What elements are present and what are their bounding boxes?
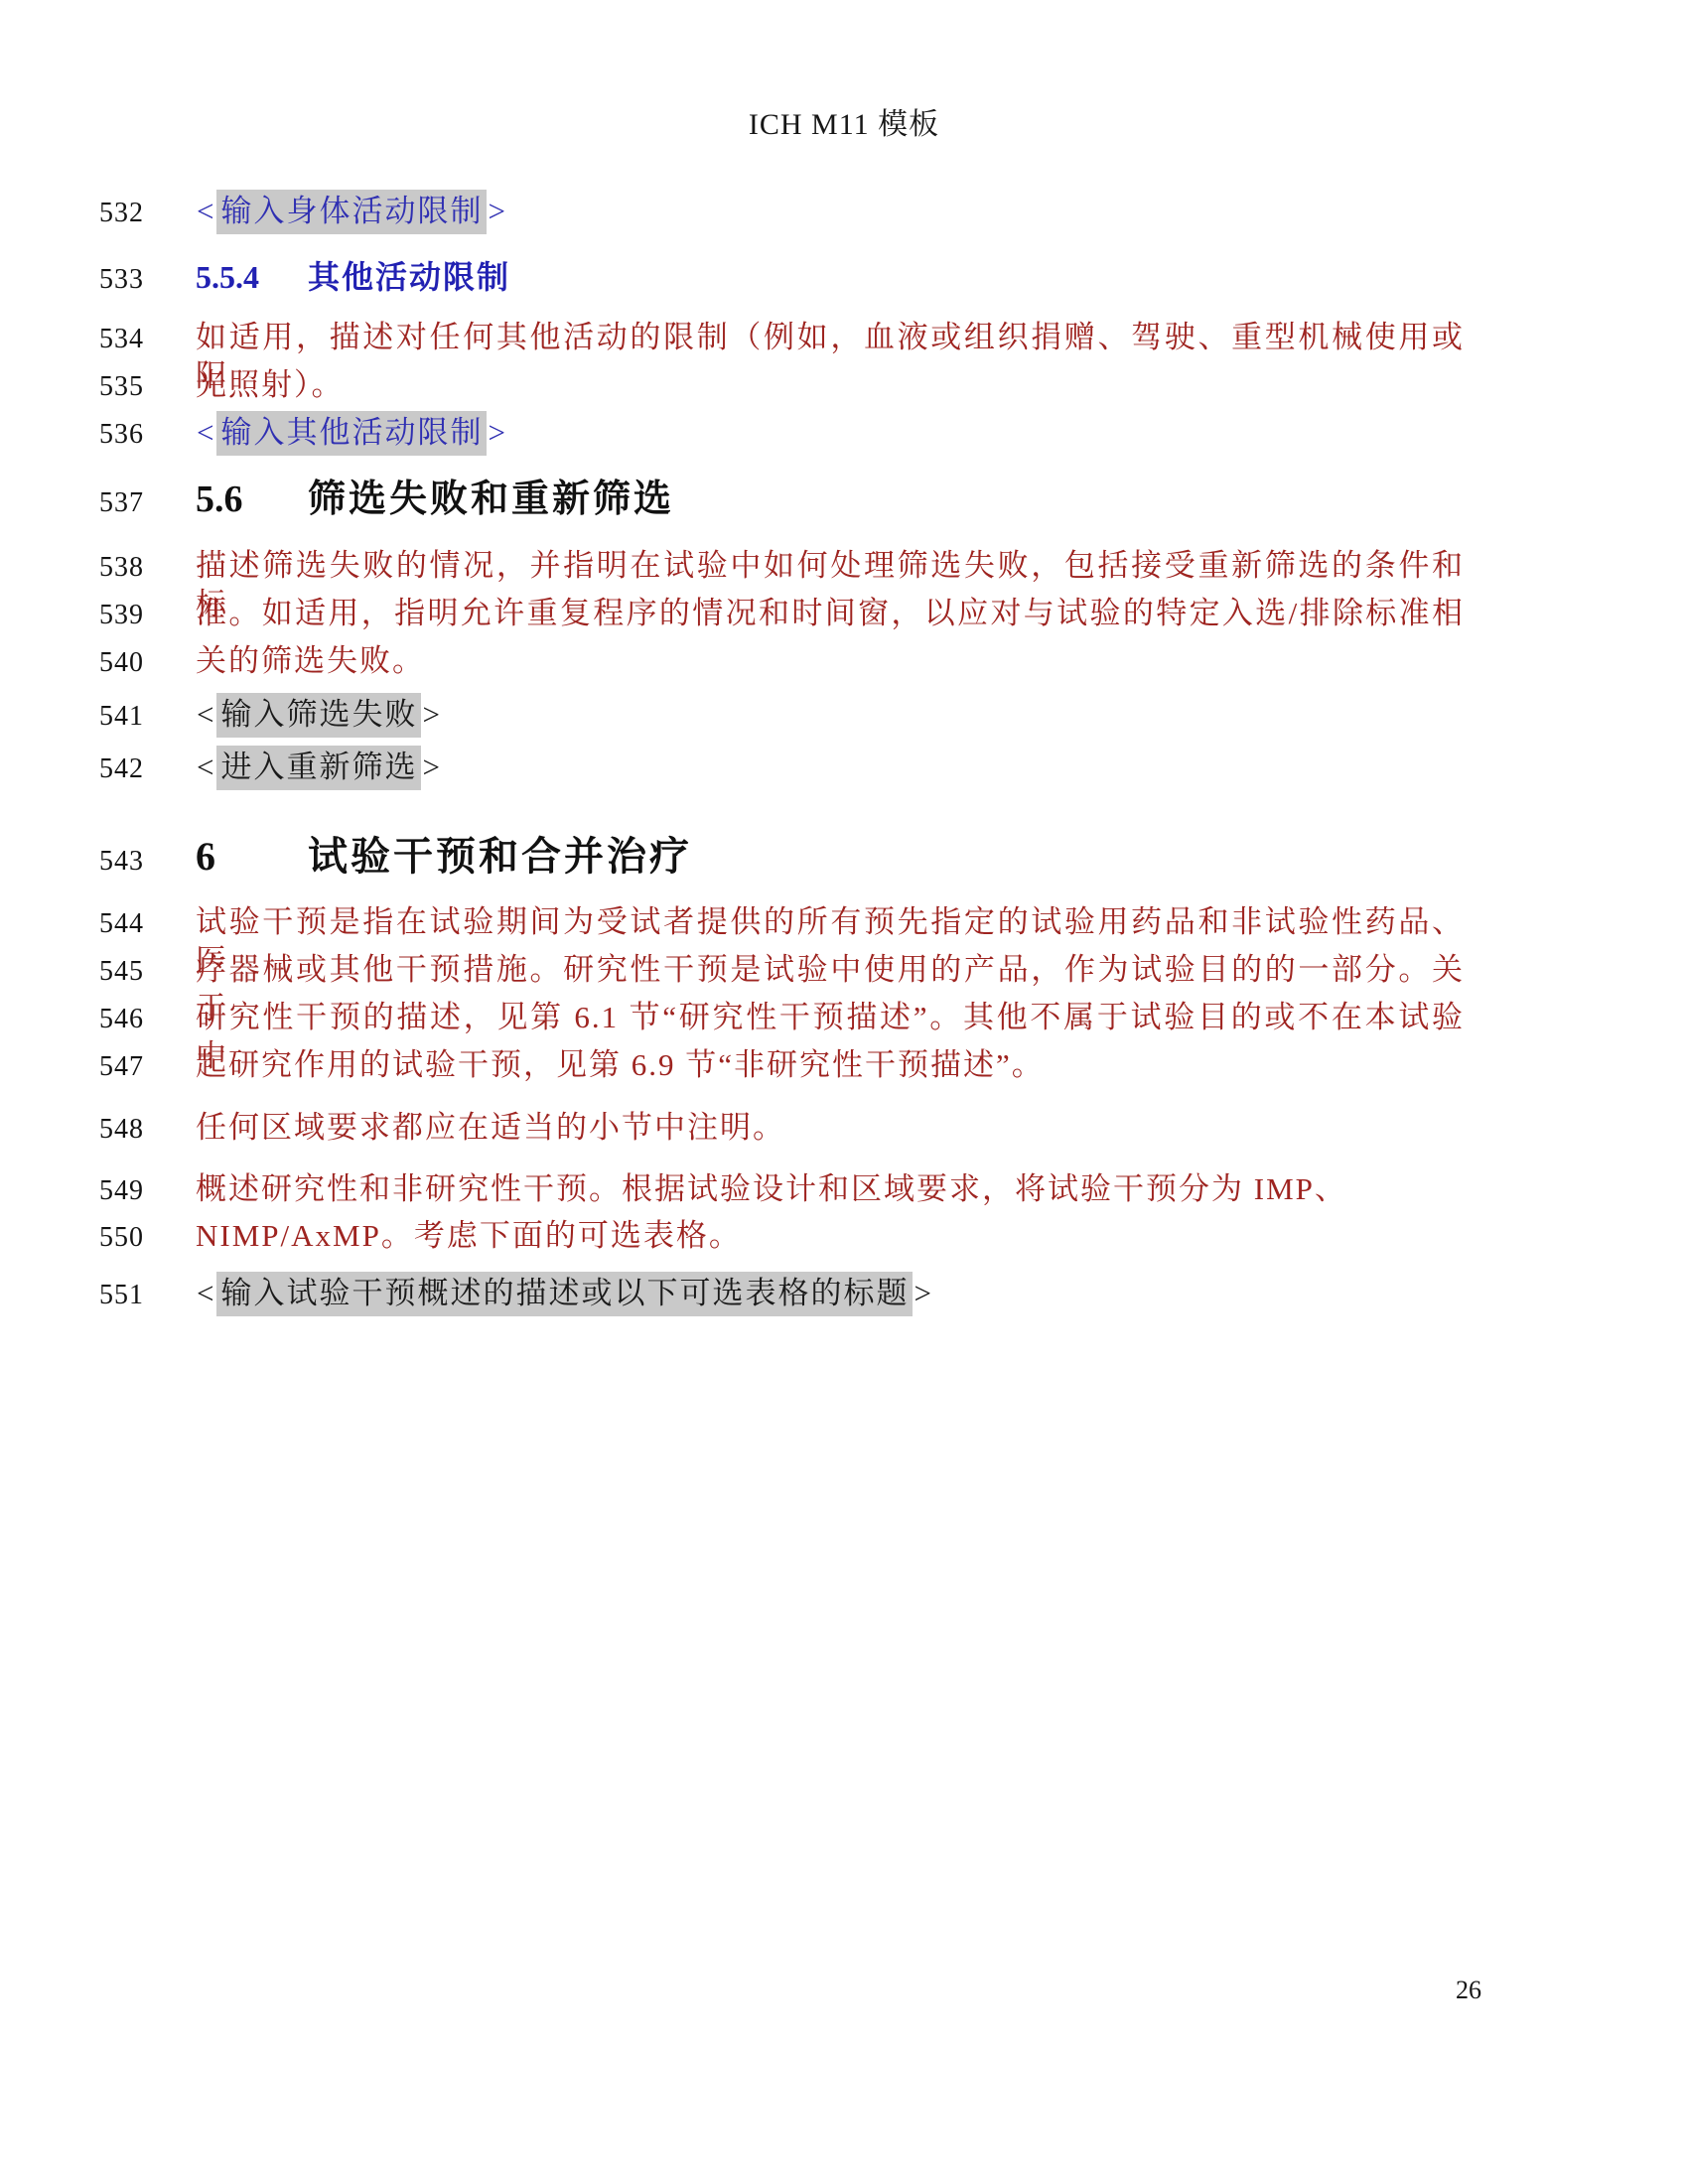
page-number: 26: [1456, 1976, 1481, 2005]
line-number: 532: [99, 196, 196, 230]
line-number: 537: [99, 485, 196, 520]
section-number: 6: [196, 832, 308, 882]
body-text: 任何区域要求都应在适当的小节中注明。: [196, 1109, 785, 1148]
line-number: 533: [99, 262, 196, 297]
placeholder-field: <输入身体活动限制>: [196, 193, 508, 231]
line-543: 543 6 试验干预和合并治疗: [99, 832, 692, 882]
section-title: 筛选失败和重新筛选: [308, 477, 674, 524]
line-548: 548 任何区域要求都应在适当的小节中注明。: [99, 1109, 785, 1148]
placeholder-text: 输入筛选失败: [216, 693, 421, 738]
line-number: 550: [99, 1220, 196, 1255]
placeholder-text: 输入其他活动限制: [216, 411, 487, 456]
line-number: 539: [99, 598, 196, 632]
section-number: 5.5.4: [196, 257, 308, 297]
placeholder-field: <输入筛选失败>: [196, 696, 443, 735]
close-bracket: >: [421, 750, 442, 784]
placeholder-text: 输入身体活动限制: [216, 190, 487, 234]
placeholder-field: <进入重新筛选>: [196, 749, 443, 787]
line-535: 535 光照射）。: [99, 366, 345, 405]
line-number: 549: [99, 1173, 196, 1208]
close-bracket: >: [487, 194, 507, 228]
line-549: 549 概述研究性和非研究性干预。根据试验设计和区域要求，将试验干预分为 IMP…: [99, 1170, 1347, 1209]
open-bracket: <: [196, 194, 216, 228]
section-number: 5.6: [196, 477, 308, 524]
placeholder-text: 输入试验干预概述的描述或以下可选表格的标题: [216, 1272, 913, 1316]
close-bracket: >: [421, 697, 442, 732]
line-number: 536: [99, 417, 196, 452]
body-text: 准。如适用，指明允许重复程序的情况和时间窗，以应对与试验的特定入选/排除标准相: [196, 595, 1465, 633]
open-bracket: <: [196, 697, 216, 732]
document-page: ICH M11 模板 532 <输入身体活动限制> 533 5.5.4 其他活动…: [0, 0, 1688, 2184]
body-text: NIMP/AxMP。考虑下面的可选表格。: [196, 1217, 742, 1256]
line-number: 547: [99, 1049, 196, 1084]
line-533: 533 5.5.4 其他活动限制: [99, 257, 510, 297]
section-title: 试验干预和合并治疗: [308, 832, 692, 882]
body-text: 光照射）。: [196, 366, 345, 405]
close-bracket: >: [913, 1276, 933, 1310]
line-number: 544: [99, 906, 196, 941]
line-550: 550 NIMP/AxMP。考虑下面的可选表格。: [99, 1217, 742, 1256]
placeholder-field: <输入试验干预概述的描述或以下可选表格的标题>: [196, 1275, 934, 1313]
line-536: 536 <输入其他活动限制>: [99, 414, 508, 453]
line-551: 551 <输入试验干预概述的描述或以下可选表格的标题>: [99, 1275, 934, 1313]
line-number: 546: [99, 1002, 196, 1036]
line-number: 545: [99, 954, 196, 989]
open-bracket: <: [196, 415, 216, 450]
line-number: 542: [99, 751, 196, 786]
close-bracket: >: [487, 415, 507, 450]
line-number: 541: [99, 699, 196, 734]
line-number: 535: [99, 369, 196, 404]
line-number: 543: [99, 844, 196, 879]
line-547: 547 起研究作用的试验干预，见第 6.9 节“非研究性干预描述”。: [99, 1046, 1045, 1085]
placeholder-text: 进入重新筛选: [216, 746, 421, 790]
body-text: 概述研究性和非研究性干预。根据试验设计和区域要求，将试验干预分为 IMP、: [196, 1170, 1347, 1209]
body-text: 关的筛选失败。: [196, 642, 425, 681]
line-number: 540: [99, 645, 196, 680]
line-541: 541 <输入筛选失败>: [99, 696, 443, 735]
line-number: 538: [99, 550, 196, 585]
open-bracket: <: [196, 1276, 216, 1310]
open-bracket: <: [196, 750, 216, 784]
placeholder-field: <输入其他活动限制>: [196, 414, 508, 453]
line-539: 539 准。如适用，指明允许重复程序的情况和时间窗，以应对与试验的特定入选/排除…: [99, 595, 1465, 633]
line-number: 534: [99, 322, 196, 356]
line-540: 540 关的筛选失败。: [99, 642, 425, 681]
line-number: 548: [99, 1112, 196, 1147]
line-537: 537 5.6 筛选失败和重新筛选: [99, 477, 674, 524]
document-header-title: ICH M11 模板: [0, 99, 1688, 143]
body-text: 起研究作用的试验干预，见第 6.9 节“非研究性干预描述”。: [196, 1046, 1045, 1085]
section-title: 其他活动限制: [308, 257, 510, 297]
line-532: 532 <输入身体活动限制>: [99, 193, 508, 231]
body-text: 如适用，描述对任何其他活动的限制（例如，血液或组织捐赠、驾驶、重型机械使用或阳: [196, 319, 1465, 396]
line-542: 542 <进入重新筛选>: [99, 749, 443, 787]
line-number: 551: [99, 1278, 196, 1312]
